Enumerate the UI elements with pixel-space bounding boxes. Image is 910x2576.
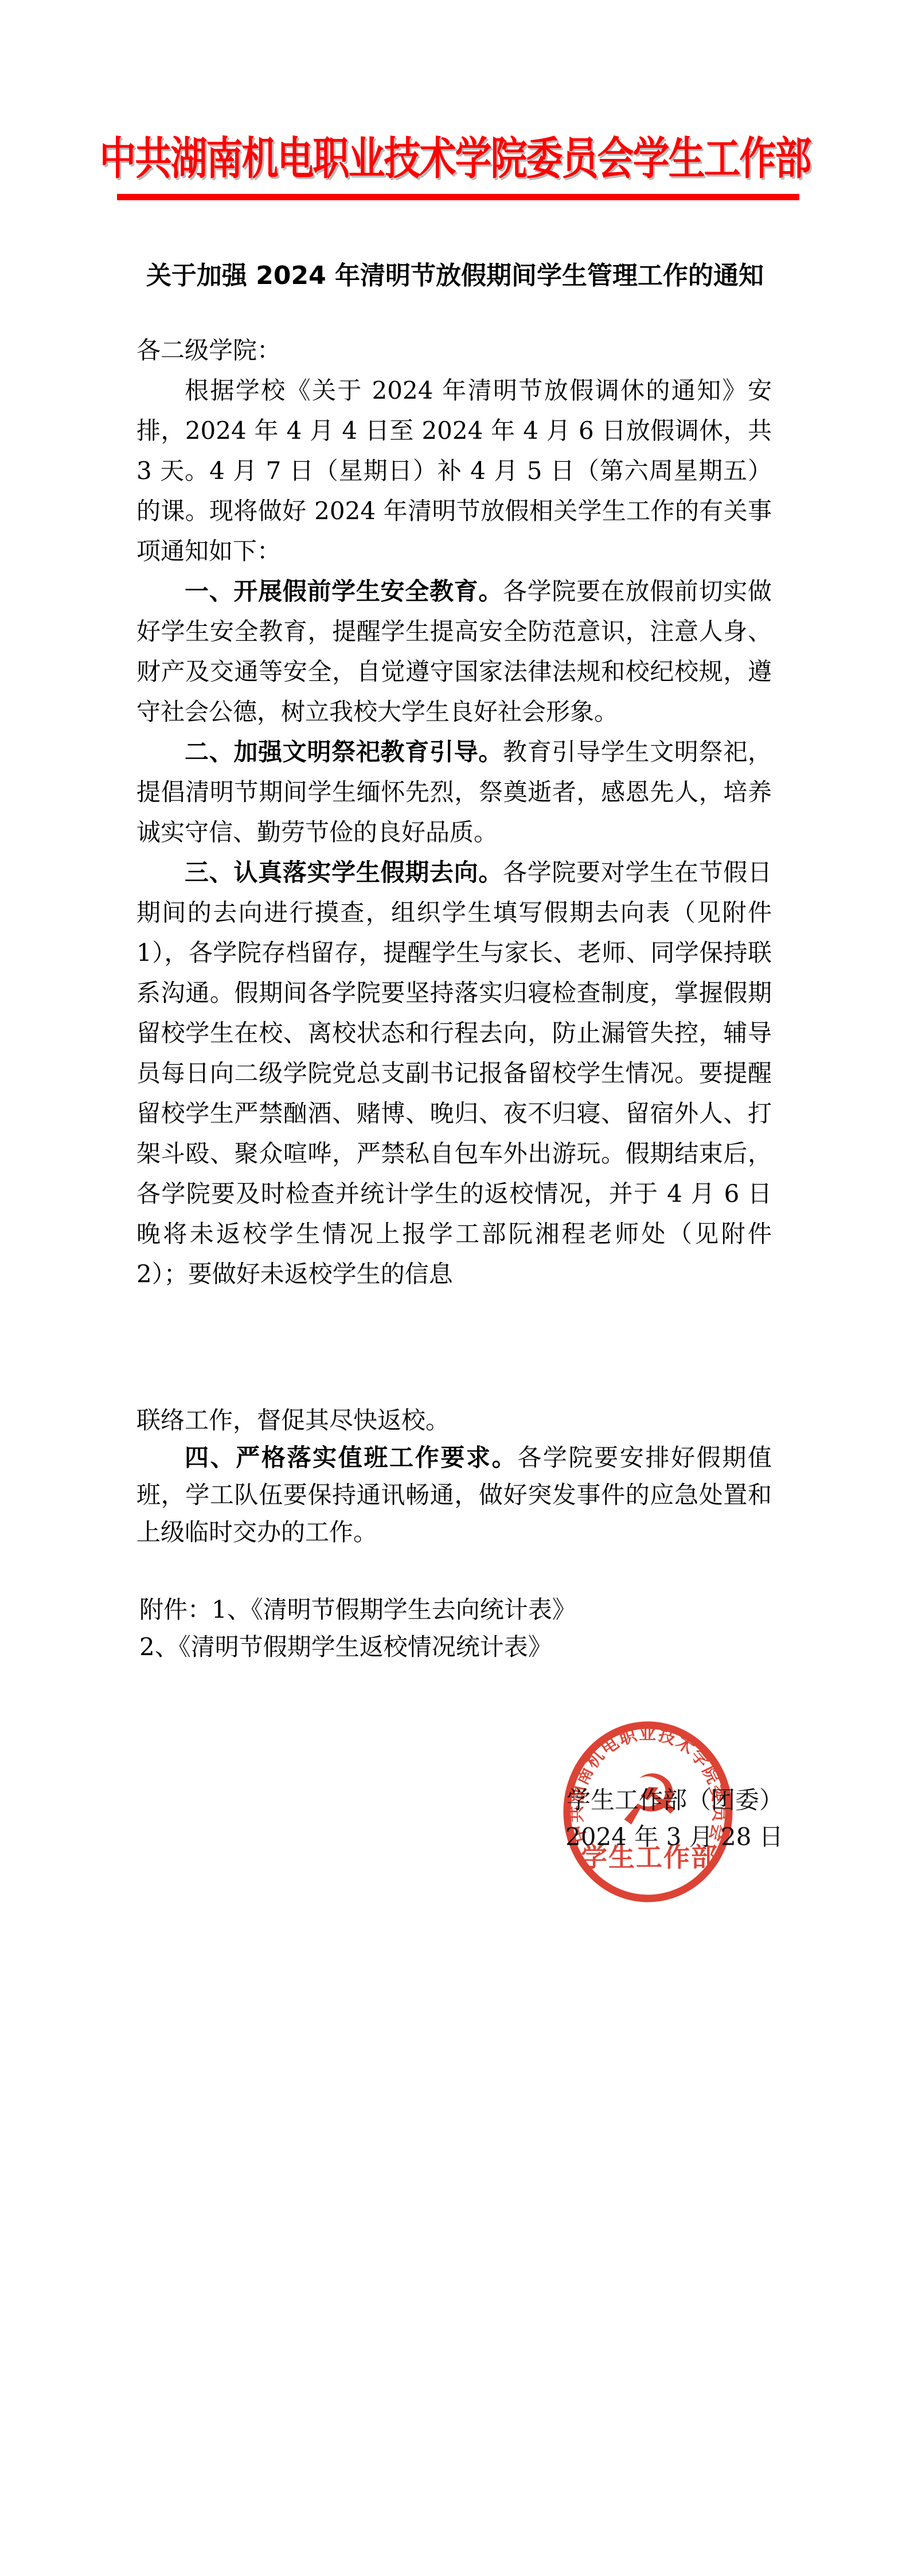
letterhead-divider (117, 194, 799, 200)
intro-paragraph: 根据学校《关于 2024 年清明节放假调休的通知》安排，2024 年 4 月 4… (136, 371, 772, 571)
body-page-1: 各二级学院： 根据学校《关于 2024 年清明节放假调休的通知》安排，2024 … (136, 330, 772, 1294)
body-page-2: 联络工作，督促其尽快返校。 四、严格落实值班工作要求。各学院要安排好假期值班，学… (136, 1402, 772, 1551)
section-1-heading: 一、开展假前学生安全教育。 (185, 577, 503, 605)
section-3-continuation: 联络工作，督促其尽快返校。 (136, 1402, 772, 1439)
document-title: 关于加强 2024 年清明节放假期间学生管理工作的通知 (0, 261, 910, 291)
attachment-item-1: 附件：1、《清明节假期学生去向统计表》 (139, 1591, 576, 1628)
letterhead-title: 中共湖南机电职业技术学院委员会学生工作部 (100, 123, 811, 187)
attachment-item-2: 2、《清明节假期学生返校情况统计表》 (139, 1628, 576, 1666)
attachments-list: 附件：1、《清明节假期学生去向统计表》 2、《清明节假期学生返校情况统计表》 (139, 1591, 576, 1666)
notice-document: 中共湖南机电职业技术学院委员会学生工作部 关于加强 2024 年清明节放假期间学… (0, 0, 910, 2576)
letterhead: 中共湖南机电职业技术学院委员会学生工作部 (0, 123, 910, 176)
section-4: 四、严格落实值班工作要求。各学院要安排好假期值班，学工队伍要保持通讯畅通，做好突… (136, 1439, 772, 1551)
section-1: 一、开展假前学生安全教育。各学院要在放假前切实做好学生安全教育，提醒学生提高安全… (136, 571, 772, 732)
section-2: 二、加强文明祭祀教育引导。教育引导学生文明祭祀，提倡清明节期间学生缅怀先烈，祭奠… (136, 732, 772, 853)
hammer-sickle-icon: ☭ (618, 1760, 681, 1841)
attachment-2-title: 2、《清明节假期学生返校情况统计表》 (139, 1633, 552, 1661)
section-2-heading: 二、加强文明祭祀教育引导。 (185, 738, 503, 766)
salutation: 各二级学院： (136, 330, 772, 371)
official-stamp: 中共湖南机电职业技术学院委员会 ☭ 学生工作部 (556, 1710, 740, 1905)
section-3: 三、认真落实学生假期去向。各学院要对学生在节假日期间的去向进行摸查，组织学生填写… (136, 853, 772, 1294)
attachments-label: 附件： (139, 1596, 212, 1624)
section-3-text: 各学院要对学生在节假日期间的去向进行摸查，组织学生填写假期去向表（见附件 1），… (136, 858, 772, 1288)
attachment-1-title: 1、《清明节假期学生去向统计表》 (212, 1596, 576, 1624)
section-3-heading: 三、认真落实学生假期去向。 (185, 858, 503, 886)
stamp-bottom-text: 学生工作部 (581, 1842, 718, 1873)
section-4-heading: 四、严格落实值班工作要求。 (185, 1443, 517, 1472)
